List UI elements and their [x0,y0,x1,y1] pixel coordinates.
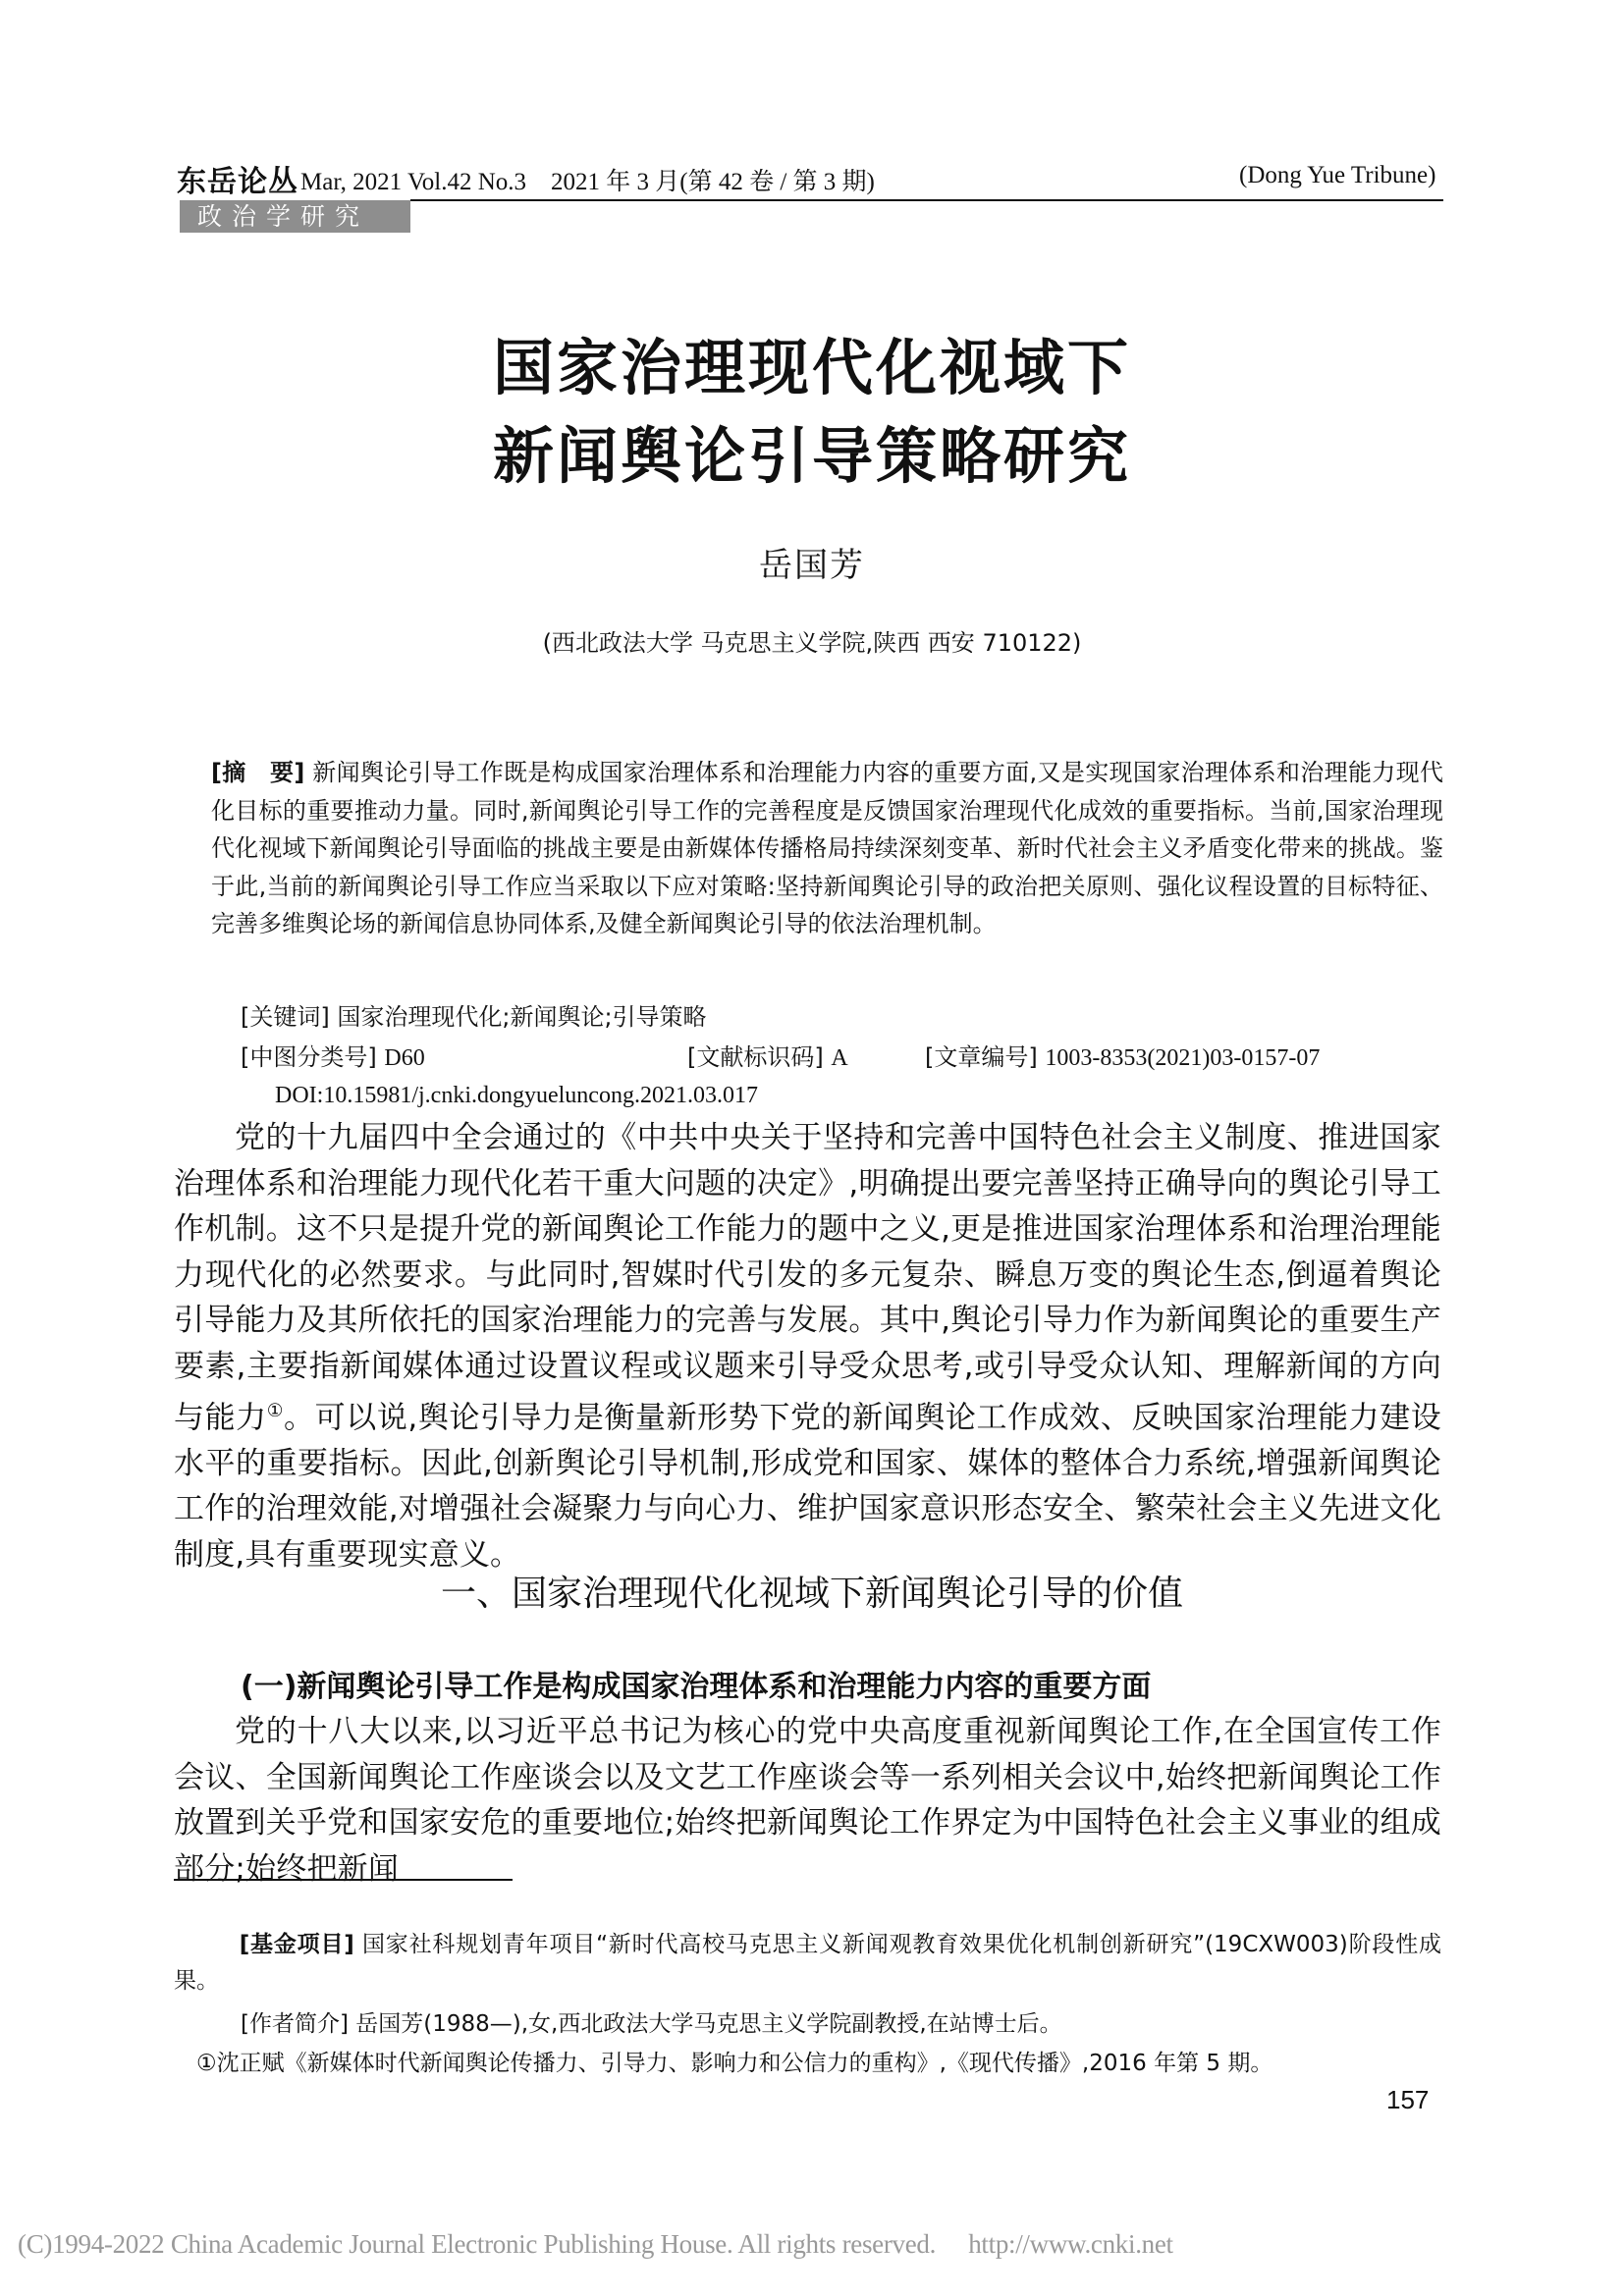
doi-link[interactable]: DOI:10.15981/j.cnki.dongyueluncong.2021.… [275,1083,758,1109]
document-code: [文献标识码] A [687,1038,848,1072]
article-title: 国家治理现代化视域下 新闻舆论引导策略研究 [0,324,1624,501]
article-number-value: 1003-8353(2021)03-0157-07 [1045,1045,1320,1071]
page-number: 157 [1386,2085,1429,2115]
keywords-value: 国家治理现代化;新闻舆论;引导策略 [337,1003,706,1031]
document-code-value: A [831,1045,847,1071]
clc-number: [中图分类号] D60 [241,1038,425,1072]
journal-name: 东岳论丛 [177,157,298,200]
author-bio-label: [作者简介] [241,2011,349,2037]
author-name: 岳国芳 [0,538,1624,586]
author-bio: [作者简介] 岳国芳(1988—),女,西北政法大学马克思主义学院副教授,在站博… [241,2005,1062,2038]
abstract-text: 新闻舆论引导工作既是构成国家治理体系和治理能力内容的重要方面,又是实现国家治理体… [211,759,1443,937]
title-line-1: 国家治理现代化视域下 [0,324,1624,412]
reference-1: ①沈正赋《新媒体时代新闻舆论传播力、引导力、影响力和公信力的重构》,《现代传播》… [196,2045,1272,2077]
article-number: [文章编号] 1003-8353(2021)03-0157-07 [925,1038,1320,1072]
clc-label: [中图分类号] [241,1043,377,1071]
journal-name-en: (Dong Yue Tribune) [1239,162,1435,189]
issue-info: Mar, 2021 Vol.42 No.3 2021 年 3 月(第 42 卷 … [300,162,875,197]
issue-info-cn: 2021 年 3 月(第 42 卷 / 第 3 期) [551,169,875,195]
subsection-paragraph: 党的十八大以来,以习近平总书记为核心的党中央高度重视新闻舆论工作,在全国宣传工作… [174,1709,1441,1892]
subsection-heading-1: (一)新闻舆论引导工作是构成国家治理体系和治理能力内容的重要方面 [241,1662,1151,1705]
document-code-label: [文献标识码] [687,1043,824,1071]
fund-text: 国家社科规划青年项目“新时代高校马克思主义新闻观教育效果优化机制创新研究”(19… [174,1932,1441,1994]
article-number-label: [文章编号] [925,1043,1038,1071]
section-heading-1: 一、国家治理现代化视域下新闻舆论引导的价值 [0,1566,1624,1616]
abstract: [摘 要] 新闻舆论引导工作既是构成国家治理体系和治理能力内容的重要方面,又是实… [211,754,1443,943]
intro-text-a: 党的十九届四中全会通过的《中共中央关于坚持和完善中国特色社会主义制度、推进国家治… [174,1120,1441,1435]
subsection-text: 党的十八大以来,以习近平总书记为核心的党中央高度重视新闻舆论工作,在全国宣传工作… [174,1709,1441,1892]
author-bio-text: 岳国芳(1988—),女,西北政法大学马克思主义学院副教授,在站博士后。 [355,2011,1061,2037]
header-rule [410,199,1443,201]
title-line-2: 新闻舆论引导策略研究 [0,412,1624,501]
fund-label: [基金项目] [240,1932,354,1957]
section-label-band: 政治学研究 [180,200,410,233]
author-affiliation: (西北政法大学 马克思主义学院,陕西 西安 710122) [0,623,1624,658]
footnote-marker[interactable]: ① [267,1401,284,1421]
abstract-label: [摘 要] [211,759,304,786]
keywords: [关键词] 国家治理现代化;新闻舆论;引导策略 [241,997,707,1032]
clc-value: D60 [384,1045,424,1071]
intro-text-b: 。可以说,舆论引导力是衡量新形势下党的新闻舆论工作成效、反映国家治理能力建设水平… [174,1400,1441,1573]
footnote-rule [174,1879,513,1881]
keywords-label: [关键词] [241,1003,330,1031]
intro-paragraph: 党的十九届四中全会通过的《中共中央关于坚持和完善中国特色社会主义制度、推进国家治… [174,1115,1441,1577]
fund-note: [基金项目] 国家社科规划青年项目“新时代高校马克思主义新闻观教育效果优化机制创… [174,1927,1441,2000]
issue-info-en: Mar, 2021 Vol.42 No.3 [300,169,526,195]
copyright-watermark: (C)1994-2022 China Academic Journal Elec… [18,2222,1173,2261]
